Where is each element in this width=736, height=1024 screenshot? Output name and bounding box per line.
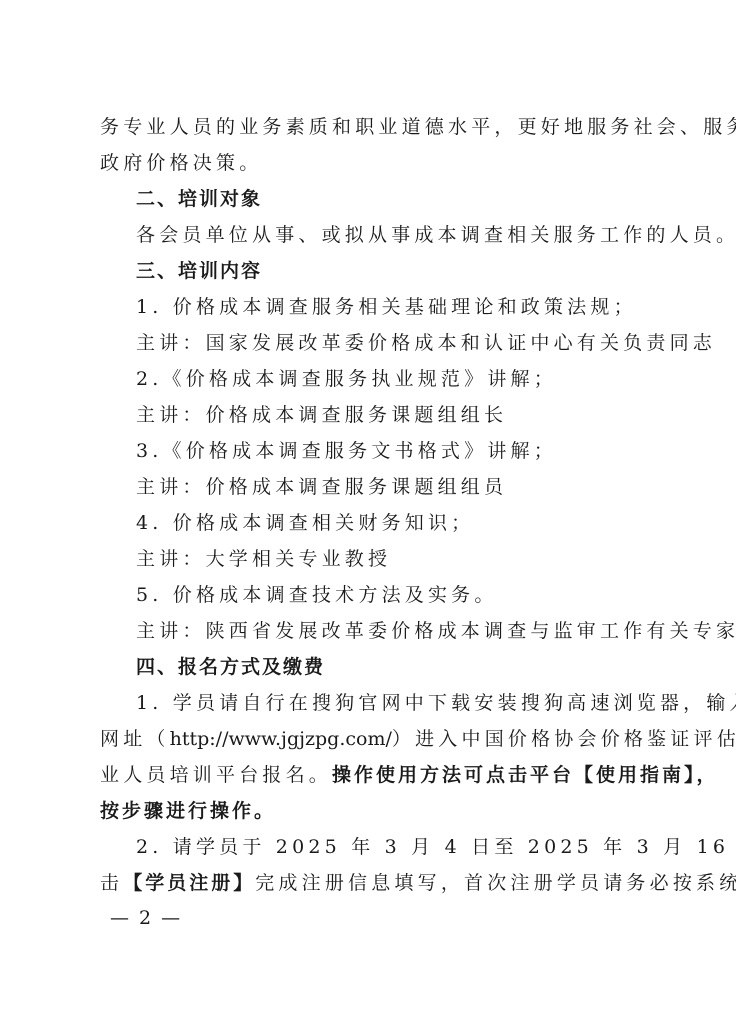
registration-para-2-line-1: 2. 请学员于 2025 年 3 月 4 日至 2025 年 3 月 16 日，… [100,829,640,865]
training-topic-5: 5. 价格成本调查技术方法及实务。 [100,577,640,613]
registration-para-1-line-4: 按步骤进行操作。 [100,793,640,829]
intro-line-2: 政府价格决策。 [100,145,640,181]
training-lecturer-5: 主讲：陕西省发展改革委价格成本调查与监审工作有关专家 [100,613,640,649]
training-topic-1: 1. 价格成本调查服务相关基础理论和政策法规； [100,289,640,325]
training-lecturer-4: 主讲：大学相关专业教授 [100,541,640,577]
platform-url-link[interactable]: http://www.jgjzpg.com/ [170,728,392,750]
training-lecturer-1: 主讲：国家发展改革委价格成本和认证中心有关负责同志 [100,325,640,361]
registration-para-2-line-2: 击【学员注册】完成注册信息填写，首次注册学员请务必按系统提 [100,865,640,901]
training-topic-3: 3.《价格成本调查服务文书格式》讲解； [100,433,640,469]
registration-para-1-line-3: 业人员培训平台报名。操作使用方法可点击平台【使用指南】， [100,757,640,793]
section-2-body: 各会员单位从事、或拟从事成本调查相关服务工作的人员。 [100,217,640,253]
document-page: 务专业人员的业务素质和职业道德水平，更好地服务社会、服务 政府价格决策。 二、培… [100,109,640,901]
section-4-heading: 四、报名方式及缴费 [100,649,640,685]
intro-line-1: 务专业人员的业务素质和职业道德水平，更好地服务社会、服务 [100,109,640,145]
line-2-suffix: 完成注册信息填写，首次注册学员请务必按系统提 [255,872,736,894]
usage-guide-instruction: 操作使用方法可点击平台【使用指南】， [332,764,719,786]
url-suffix: ）进入中国价格协会价格鉴证评估专 [392,728,736,750]
section-3-heading: 三、培训内容 [100,253,640,289]
url-prefix: 网址（ [100,728,170,750]
line-3-normal-text: 业人员培训平台报名。 [100,764,332,786]
training-lecturer-2: 主讲：价格成本调查服务课题组组长 [100,397,640,433]
training-topic-2: 2.《价格成本调查服务执业规范》讲解； [100,361,640,397]
student-register-label: 【学员注册】 [123,872,255,894]
registration-para-1-line-1: 1. 学员请自行在搜狗官网中下载安装搜狗高速浏览器，输入 [100,685,640,721]
page-number: — 2 — [110,904,182,932]
training-lecturer-3: 主讲：价格成本调查服务课题组组员 [100,469,640,505]
line-2-prefix: 击 [100,872,123,894]
section-2-heading: 二、培训对象 [100,181,640,217]
training-topic-4: 4. 价格成本调查相关财务知识； [100,505,640,541]
registration-para-1-line-2: 网址（http://www.jgjzpg.com/）进入中国价格协会价格鉴证评估… [100,721,640,757]
